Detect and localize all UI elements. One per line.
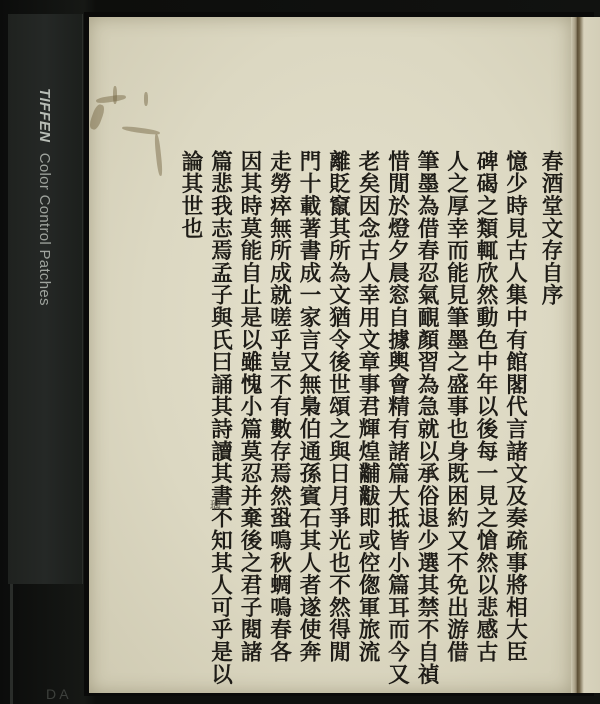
ink-stain: [144, 92, 148, 106]
text-column: 惜閒於燈夕晨窓自據輿會精有諸篇大抵皆小篇耳而今又: [382, 150, 412, 660]
color-control-patch-strip: TIFFEN Color Control Patches: [8, 14, 83, 584]
text-column: 老矣因念古人幸用文章事君輝煌黼黻即或倥偬軍旅流: [353, 150, 383, 660]
color-patch-label: TIFFEN Color Control Patches: [36, 88, 53, 306]
text-column: 門十載著書成一家言又無梟伯通孫賓石其人者遂使奔: [294, 150, 324, 660]
ink-stain: [113, 86, 117, 104]
text-column: 離貶竄其所為文猶令後世頌之與日月爭光也不然得閒: [323, 150, 353, 660]
text-column: 筆墨為借春忍氣靦顏習為急就以承俗退少選其禁不自禎: [412, 150, 442, 660]
text-column: 碑碣之類輒欣然動色中年以後每一見之愴然以悲感古: [471, 150, 501, 660]
tiffen-brand: TIFFEN: [36, 88, 53, 142]
text-column: 憶少時見古人集中有館閣代言諸文及奏疏事將相大臣: [500, 150, 530, 660]
document-title: 春酒堂文存自序: [536, 150, 566, 660]
corner-mark: D A: [46, 686, 69, 702]
text-column: 人之厚幸而能見筆墨之盛事也身既困約又不免出游借: [441, 150, 471, 660]
text-column: 論其世也: [176, 150, 206, 660]
text-column: 因其時莫能自止是以雖愧小篇莫忍并棄後之君子閱諸: [235, 150, 265, 660]
text-column: 走勞瘁無所成就嗟乎豈不有數存焉然蛩鳴秋蜩鳴春各: [264, 150, 294, 660]
marginal-gloss: 借: [456, 648, 467, 664]
strip-edge-line: [10, 584, 13, 704]
tiffen-caption: Color Control Patches: [36, 153, 53, 306]
marginal-gloss: 瑀: [210, 497, 221, 513]
vertical-text-block: 春酒堂文存自序 憶少時見古人集中有館閣代言諸文及奏疏事將相大臣 碑碣之類輒欣然動…: [100, 150, 565, 660]
facing-page-edge: [577, 17, 600, 693]
text-column: 篇悲我志焉孟子與氏曰誦其詩讀其書不知其人可乎是以: [205, 150, 235, 660]
